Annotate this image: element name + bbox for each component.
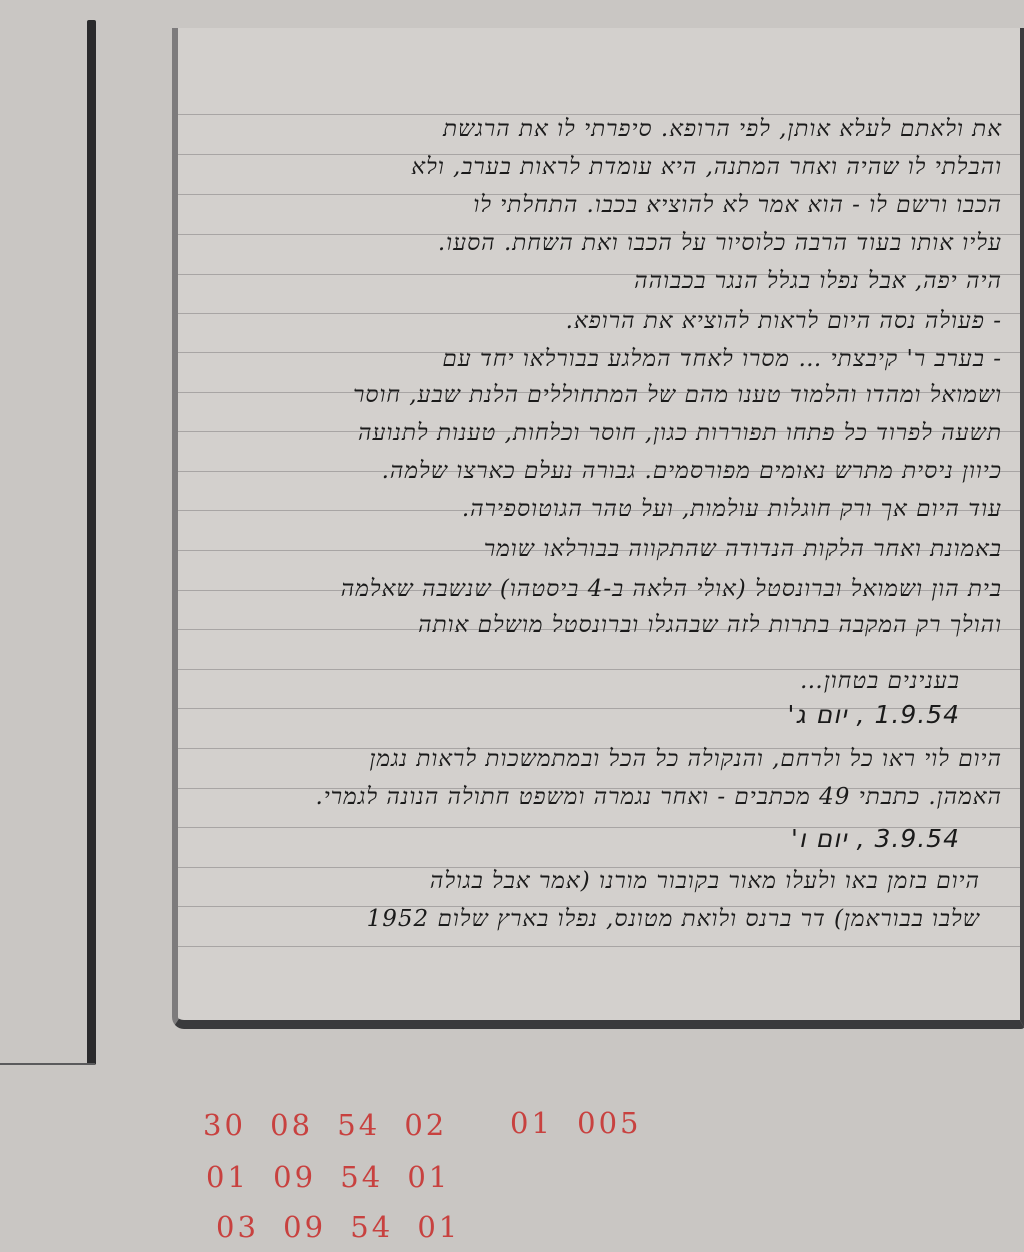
stamp-row: 01 09 54 01 [206,1160,450,1194]
handwritten-line: היה יפה, אבל נפלו בגלל הנגר בכבוהה [634,268,1002,294]
handwritten-line: והבלתי לו שהיה ואחר המתנה, היא עומדת לרא… [411,154,1002,180]
handwritten-line: בענינים בטחון… [800,668,960,694]
handwritten-line: עליו אותו בעוד הרבה כלוסיור על הכבו ואת … [438,230,1002,256]
left-binding-foot [0,1063,95,1065]
diary-page: את ולאתם לעלא אותן, לפי הרופא. סיפרתי לו… [172,28,1024,1029]
handwritten-line: באמונת ואחר הלקות הנדודה שהתקווה בבורלאו… [484,536,1002,562]
handwritten-line: כיוון ניסית מתרש נאומים מפורסמים. גבורה … [382,458,1002,484]
handwritten-line: בית הון ושמואל וברונסטל (אולי הלאה ב-4 ב… [341,576,1002,602]
handwritten-line: שלבו בבוראמן) דר ברנס ולואת מטונס, נפלו … [367,906,980,932]
entry-date: 3.9.54 , יום ו' [791,824,960,853]
handwritten-line: והולך רק המקבה בתרות לזה שבהגלו וברונסטל… [418,612,1002,638]
stamp-ref: 01 005 [510,1106,641,1140]
handwritten-line: את ולאתם לעלא אותן, לפי הרופא. סיפרתי לו… [443,116,1002,142]
handwritten-line: הכבו ורשם לו - הוא אמר לא להוציא בכבו. ה… [473,192,1002,218]
handwritten-line: ושמואל ומהדו והלמוד טענו מהם של המתחוללי… [353,382,1002,408]
left-binding-bar [87,20,96,1065]
handwritten-line: האמהן. כתבתי 49 מכתבים - ואחר נגמרה ומשפ… [315,784,1002,810]
stamp-row: 30 08 54 02 [203,1108,447,1142]
entry-date: 1.9.54 , יום ג' [788,700,961,729]
handwritten-line: עוד היום אך ורק חוגלות עולמות, ועל טהר ה… [462,496,1002,522]
handwritten-line: היום בזמן באו ולעלו מאור בקובור מורנו (א… [430,868,980,894]
handwritten-line: - פעולה נסה היום לראות להוציא את הרופא. [566,308,1002,334]
stamp-row: 03 09 54 01 [216,1210,460,1244]
handwritten-line: - בערב ר' קיבצתי … מסרו לאחד המלגע בבורל… [442,346,1002,372]
handwritten-line: תשעה לפרוד כל פתחו תפוררות כגון, חוסר וכ… [358,420,1002,446]
handwritten-line: היום לוי ראו כל ולרחם, והנקולה כל הכל וב… [369,746,1002,772]
